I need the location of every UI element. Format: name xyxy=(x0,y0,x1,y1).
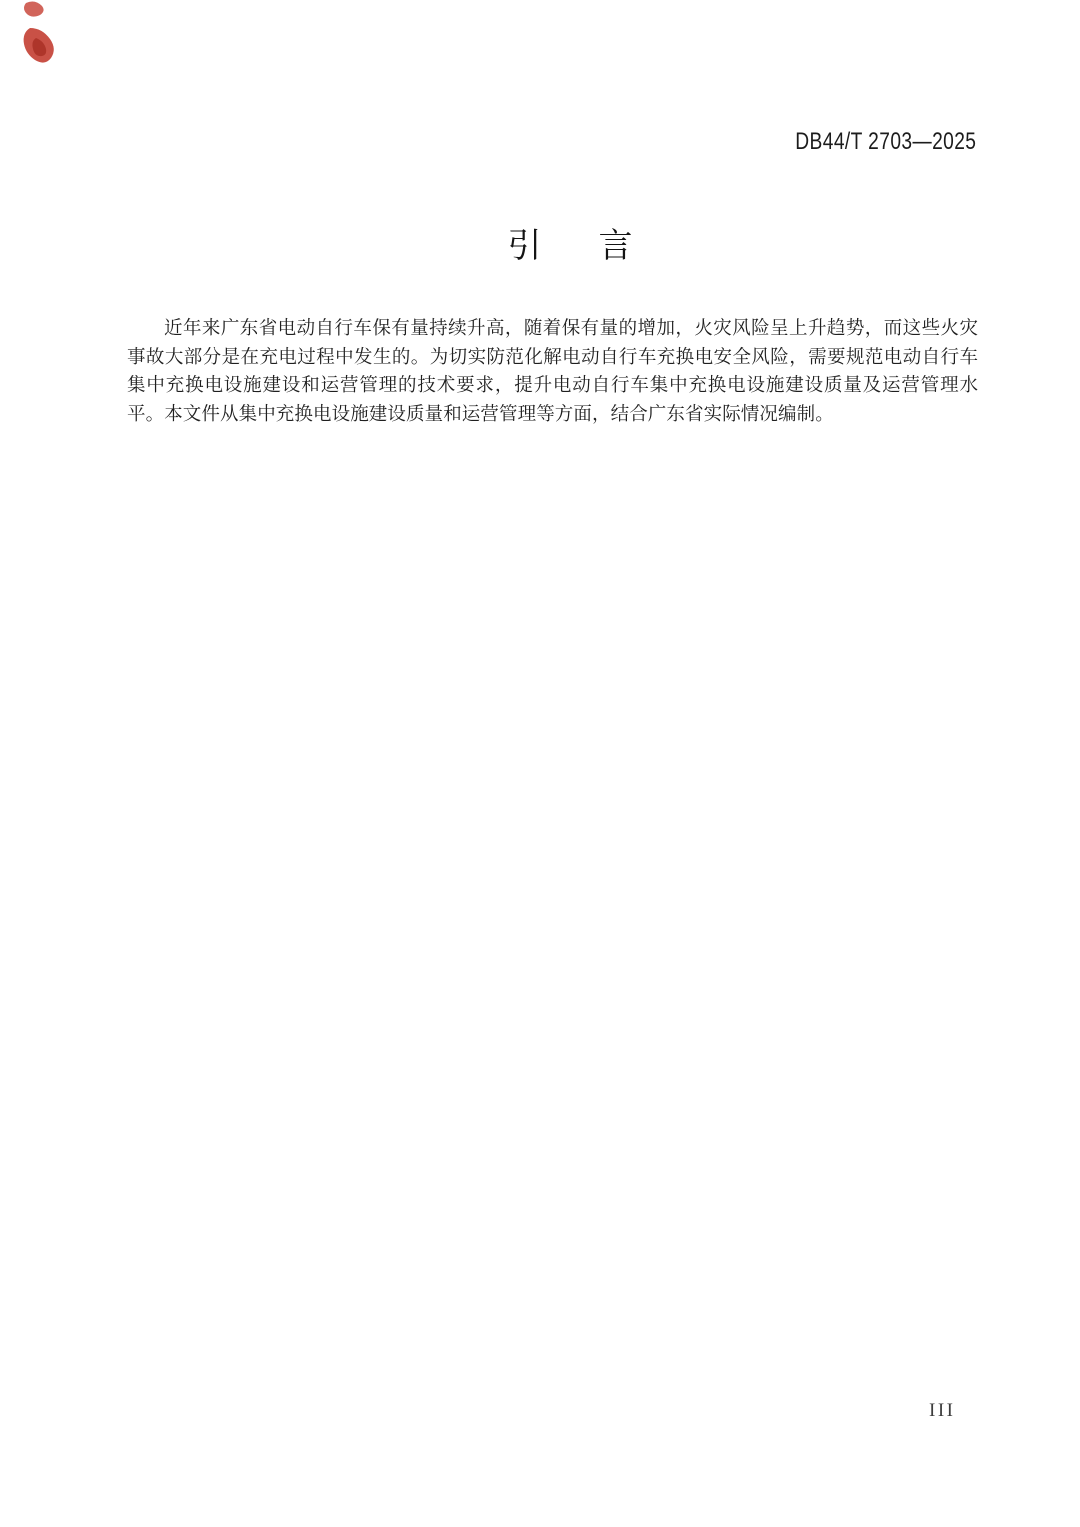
intro-line-4: 平。本文件从集中充换电设施建设质量和运营管理等方面，结合广东省实际情况编制。 xyxy=(127,401,978,430)
page-number: III xyxy=(929,1401,955,1421)
intro-paragraph: 近年来广东省电动自行车保有量持续升高，随着保有量的增加，火灾风险呈上升趋势，而这… xyxy=(127,315,978,429)
document-page: DB44/T 2703—2025 引 言 近年来广东省电动自行车保有量持续升高，… xyxy=(0,0,1080,1527)
intro-line-1: 近年来广东省电动自行车保有量持续升高，随着保有量的增加，火灾风险呈上升趋势，而这… xyxy=(127,315,978,344)
doc-number: DB44/T 2703—2025 xyxy=(795,130,976,154)
red-ink-smudge xyxy=(12,0,76,74)
title-char-2: 言 xyxy=(599,228,633,264)
intro-line-2: 事故大部分是在充电过程中发生的。为切实防范化解电动自行车充换电安全风险，需要规范… xyxy=(127,344,978,373)
page-title: 引 言 xyxy=(30,228,1080,264)
title-char-1: 引 xyxy=(508,228,542,264)
intro-line-3: 集中充换电设施建设和运营管理的技术要求，提升电动自行车集中充换电设施建设质量及运… xyxy=(127,372,978,401)
